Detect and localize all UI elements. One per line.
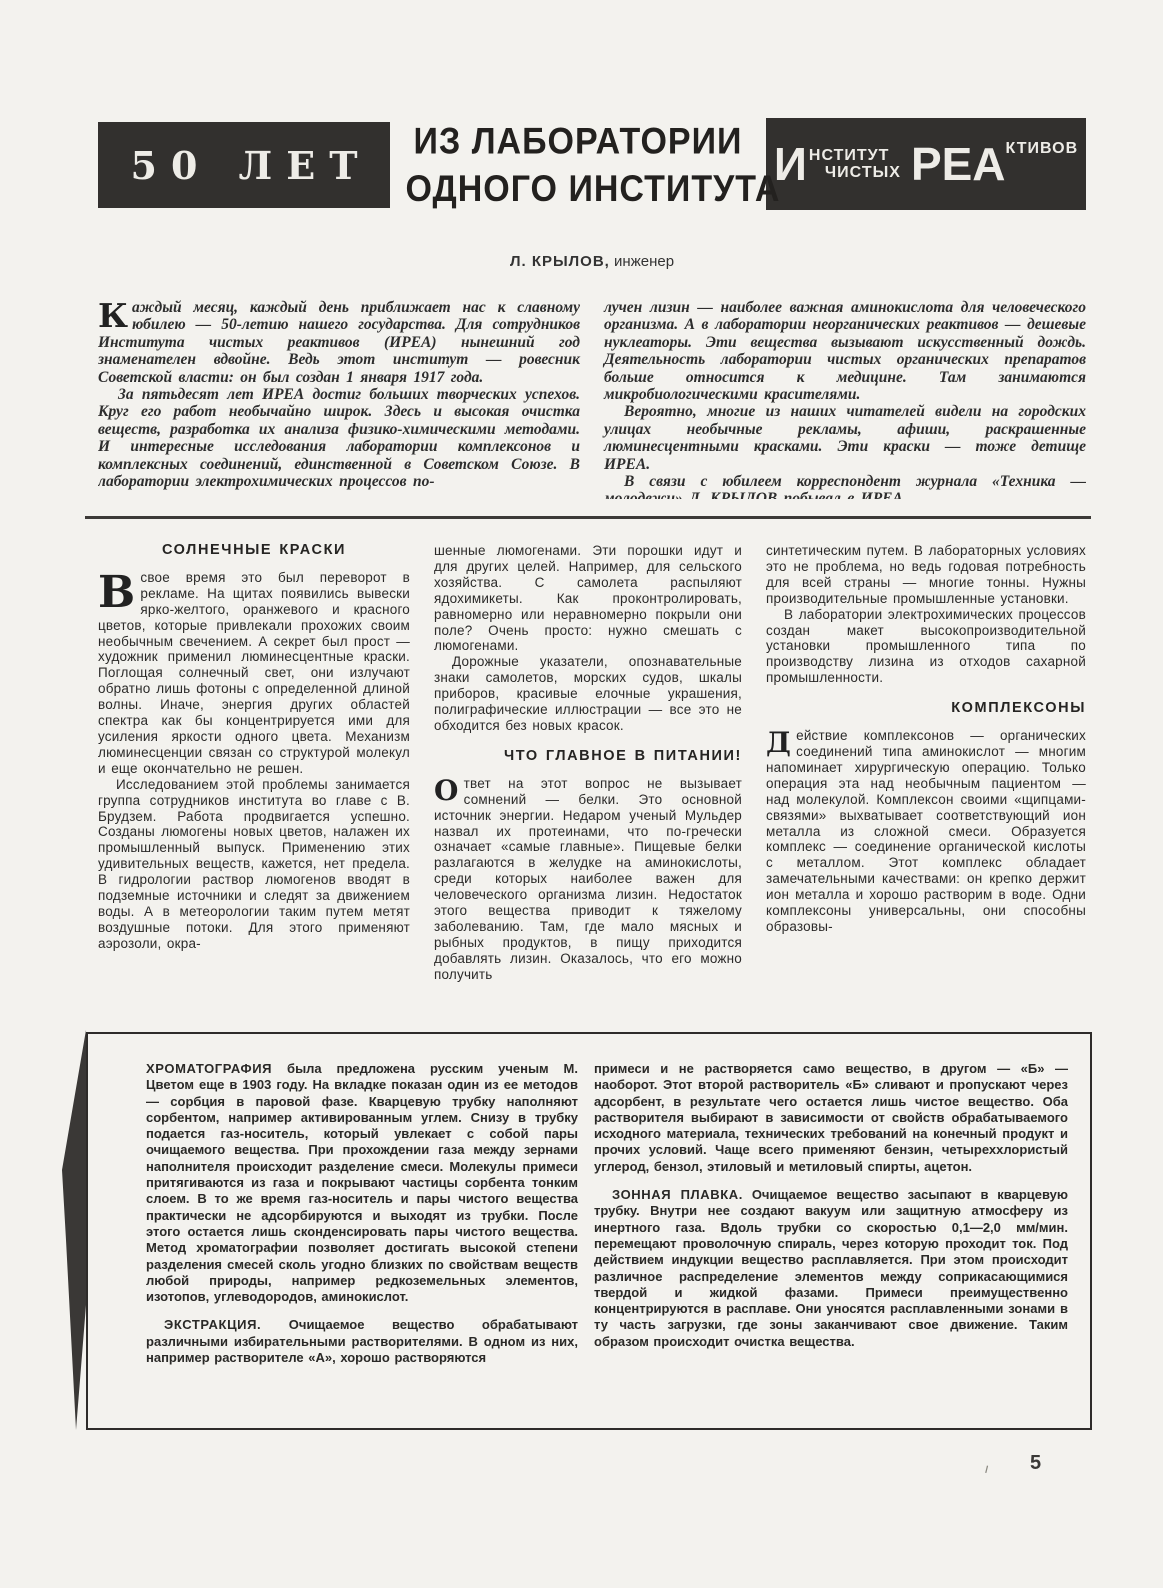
dropcap-o: О — [434, 776, 464, 805]
byline-author: Л. КРЫЛОВ, — [510, 253, 610, 270]
body-text: ействие комплексонов — органических соед… — [766, 728, 1086, 934]
intro-paragraph: Вероятно, многие из наших читателей виде… — [604, 403, 1086, 473]
body-column-1: СОЛНЕЧНЫЕ КРАСКИ Всвое время это был пер… — [98, 543, 410, 1025]
body-column-2: шенные люмогенами. Эти порошки идут и дл… — [434, 543, 742, 1025]
term-extraction: ЭКСТРАКЦИЯ. — [164, 1317, 261, 1332]
sidebar-paragraph-extraction-cont: примеси и не растворяется само вещество,… — [594, 1061, 1068, 1175]
sidebar-paragraph-chromatography: ХРОМАТОГРАФИЯ была предложена русским уч… — [146, 1061, 578, 1305]
body-text: свое время это был переворот в рекламе. … — [98, 570, 410, 776]
logo-word-chistykh: ЧИСТЫХ — [825, 164, 901, 181]
anniversary-badge-label: 50 ЛЕТ — [131, 143, 372, 188]
page-header: 50 ЛЕТ ИЗ ЛАБОРАТОРИИ ОДНОГО ИНСТИТУТА И… — [98, 118, 1086, 213]
intro-paragraph: В связи с юбилеем корреспондент журнала … — [604, 473, 1086, 499]
section-heading-nutrition: ЧТО ГЛАВНОЕ В ПИТАНИИ! — [434, 749, 742, 765]
section-divider — [85, 516, 1091, 519]
body-column-3: синтетическим путем. В лабораторных усло… — [766, 543, 1086, 1025]
sidebar-paragraph-zone-melting: ЗОННАЯ ПЛАВКА. Очищаемое вещество засыпа… — [594, 1187, 1068, 1350]
body-paragraph: Действие комплексонов — органических сое… — [766, 728, 1086, 935]
article-title-line1: ИЗ ЛАБОРАТОРИИ — [406, 118, 751, 166]
methods-sidebar-content: ХРОМАТОГРАФИЯ была предложена русским уч… — [88, 1034, 1090, 1366]
body-paragraph: Дорожные указатели, опознавательные знак… — [434, 654, 742, 734]
dropcap-d: Д — [766, 728, 796, 757]
sidebar-column-right: примеси и не растворяется само вещество,… — [594, 1061, 1068, 1366]
body-paragraph: шенные люмогенами. Эти порошки идут и дл… — [434, 543, 742, 654]
term-chromatography: ХРОМАТОГРАФИЯ — [146, 1061, 272, 1076]
logo-word-ktivov: КТИВОВ — [1006, 140, 1079, 158]
page-number: 5 — [1030, 1452, 1043, 1475]
dropcap-k: К — [98, 299, 132, 331]
sidebar-paragraph-extraction: ЭКСТРАКЦИЯ. Очищаемое вещество обрабатыв… — [146, 1317, 578, 1366]
body-text: твет на этот вопрос не вызывает сомнений… — [434, 776, 742, 982]
intro-paragraph: лучен лизин — наиболее важная аминокисло… — [604, 299, 1086, 403]
logo-word-rea: РЕА — [911, 141, 1006, 187]
body-paragraph: Исследованием этой проблемы занимается г… — [98, 777, 410, 952]
article-body: СОЛНЕЧНЫЕ КРАСКИ Всвое время это был пер… — [98, 543, 1086, 1025]
body-paragraph: В лаборатории электрохимических процессо… — [766, 607, 1086, 687]
body-paragraph: Ответ на этот вопрос не вызывает сомнени… — [434, 776, 742, 983]
page: { "colors": { "paper": "#f3f2ee", "ink":… — [0, 0, 1163, 1588]
term-zone-melting: ЗОННАЯ ПЛАВКА. — [612, 1187, 743, 1202]
intro-paragraph: За пятьдесят лет ИРЕА достиг больших тво… — [98, 386, 580, 490]
body-paragraph: Всвое время это был переворот в рекламе.… — [98, 570, 410, 777]
intro-paragraph: Каждый месяц, каждый день приближает нас… — [98, 299, 580, 386]
intro-left-column: Каждый месяц, каждый день приближает нас… — [98, 299, 580, 499]
methods-sidebar-box: ХРОМАТОГРАФИЯ была предложена русским уч… — [86, 1032, 1092, 1430]
sidebar-text: была предложена русским ученым М. Цветом… — [146, 1061, 578, 1304]
section-heading-solar-paints: СОЛНЕЧНЫЕ КРАСКИ — [98, 543, 410, 559]
section-heading-complexones: КОМПЛЕКСОНЫ — [766, 701, 1086, 717]
article-title: ИЗ ЛАБОРАТОРИИ ОДНОГО ИНСТИТУТА — [406, 118, 751, 213]
intro-right-column: лучен лизин — наиболее важная аминокисло… — [604, 299, 1086, 499]
dropcap-v: В — [98, 570, 140, 615]
byline-role: инженер — [614, 253, 674, 270]
sidebar-text: Очищаемое вещество засыпают в кварцевую … — [594, 1187, 1068, 1349]
logo-stack: НСТИТУТ ЧИСТЫХ — [809, 147, 901, 181]
institute-logo: И НСТИТУТ ЧИСТЫХ РЕА КТИВОВ — [766, 118, 1086, 210]
byline: Л. КРЫЛОВ, инженер — [98, 253, 1086, 270]
anniversary-badge: 50 ЛЕТ — [98, 122, 390, 208]
article-title-line2: ОДНОГО ИНСТИТУТА — [406, 166, 751, 214]
pencil-mark: ı — [983, 1460, 991, 1476]
intro-text: аждый месяц, каждый день приближает нас … — [98, 299, 580, 386]
body-paragraph: синтетическим путем. В лабораторных усло… — [766, 543, 1086, 607]
logo-word-institut: НСТИТУТ — [809, 147, 901, 164]
intro-lead: Каждый месяц, каждый день приближает нас… — [98, 299, 1086, 499]
sidebar-column-left: ХРОМАТОГРАФИЯ была предложена русским уч… — [146, 1061, 578, 1366]
